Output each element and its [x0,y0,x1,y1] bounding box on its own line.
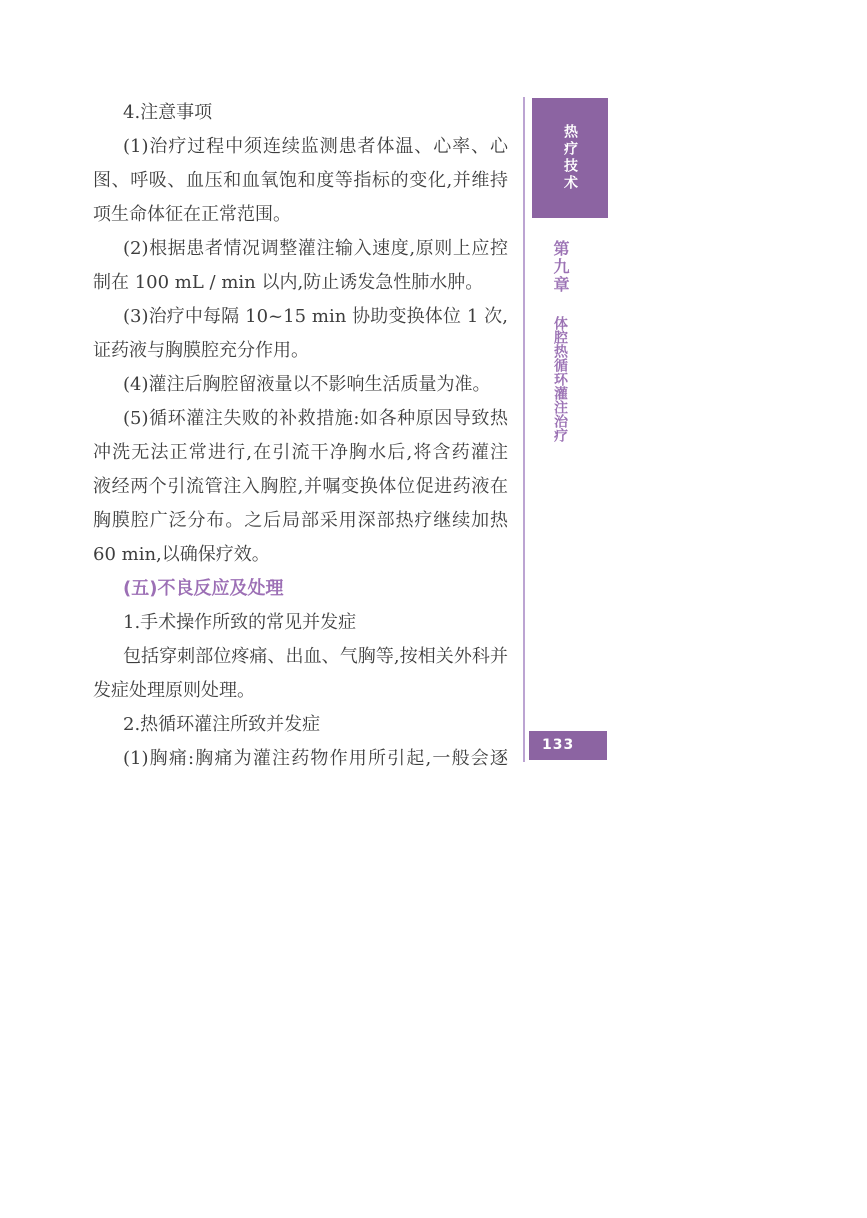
text-line: 项生命体征在正常范围。 [93,198,508,232]
text-line: 1.手术操作所致的常见并发症 [93,606,508,640]
text-line: 60 min,以确保疗效。 [93,538,508,572]
chapter-number: 第九章 [549,240,572,294]
text-line: 冲洗无法正常进行,在引流干净胸水后,将含药灌注 [93,436,508,470]
text-line: (3)治疗中每隔 10~15 min 协助变换体位 1 次,保 [93,300,508,334]
text-line: (5)循环灌注失败的补救措施:如各种原因导致热 [93,402,508,436]
section-tab-label: 热疗技术 [560,124,580,192]
text-line: 液经两个引流管注入胸腔,并嘱变换体位促进药液在 [93,470,508,504]
section-tab: 热疗技术 [532,98,608,218]
sidebar-divider-line [523,97,525,762]
text-line: 制在 100 mL / min 以内,防止诱发急性肺水肿。 [93,266,508,300]
page-number-badge: 133 [529,731,607,760]
chapter-title: 体腔热循环灌注治疗 [550,316,570,442]
text-line: 图、呼吸、血压和血氧饱和度等指标的变化,并维持各 [93,164,508,198]
text-line: 2.热循环灌注所致并发症 [93,708,508,742]
text-line: (2)根据患者情况调整灌注输入速度,原则上应控 [93,232,508,266]
section-heading-line: (五)不良反应及处理 [93,572,508,606]
text-line: 胸膜腔广泛分布。之后局部采用深部热疗继续加热 50~ [93,504,508,538]
text-line: (1)治疗过程中须连续监测患者体温、心率、心电 [93,130,508,164]
text-line: (4)灌注后胸腔留液量以不影响生活质量为准。 [93,368,508,402]
text-line: 发症处理原则处理。 [93,674,508,708]
text-line: 包括穿刺部位疼痛、出血、气胸等,按相关外科并 [93,640,508,674]
text-line: (1)胸痛:胸痛为灌注药物作用所引起,一般会逐 [93,742,508,776]
book-page: 4.注意事项(1)治疗过程中须连续监测患者体温、心率、心电图、呼吸、血压和血氧饱… [0,0,867,1218]
text-line: 证药液与胸膜腔充分作用。 [93,334,508,368]
page-number: 133 [542,737,574,753]
text-line: 4.注意事项 [93,96,508,130]
body-text-block: 4.注意事项(1)治疗过程中须连续监测患者体温、心率、心电图、呼吸、血压和血氧饱… [93,96,508,776]
